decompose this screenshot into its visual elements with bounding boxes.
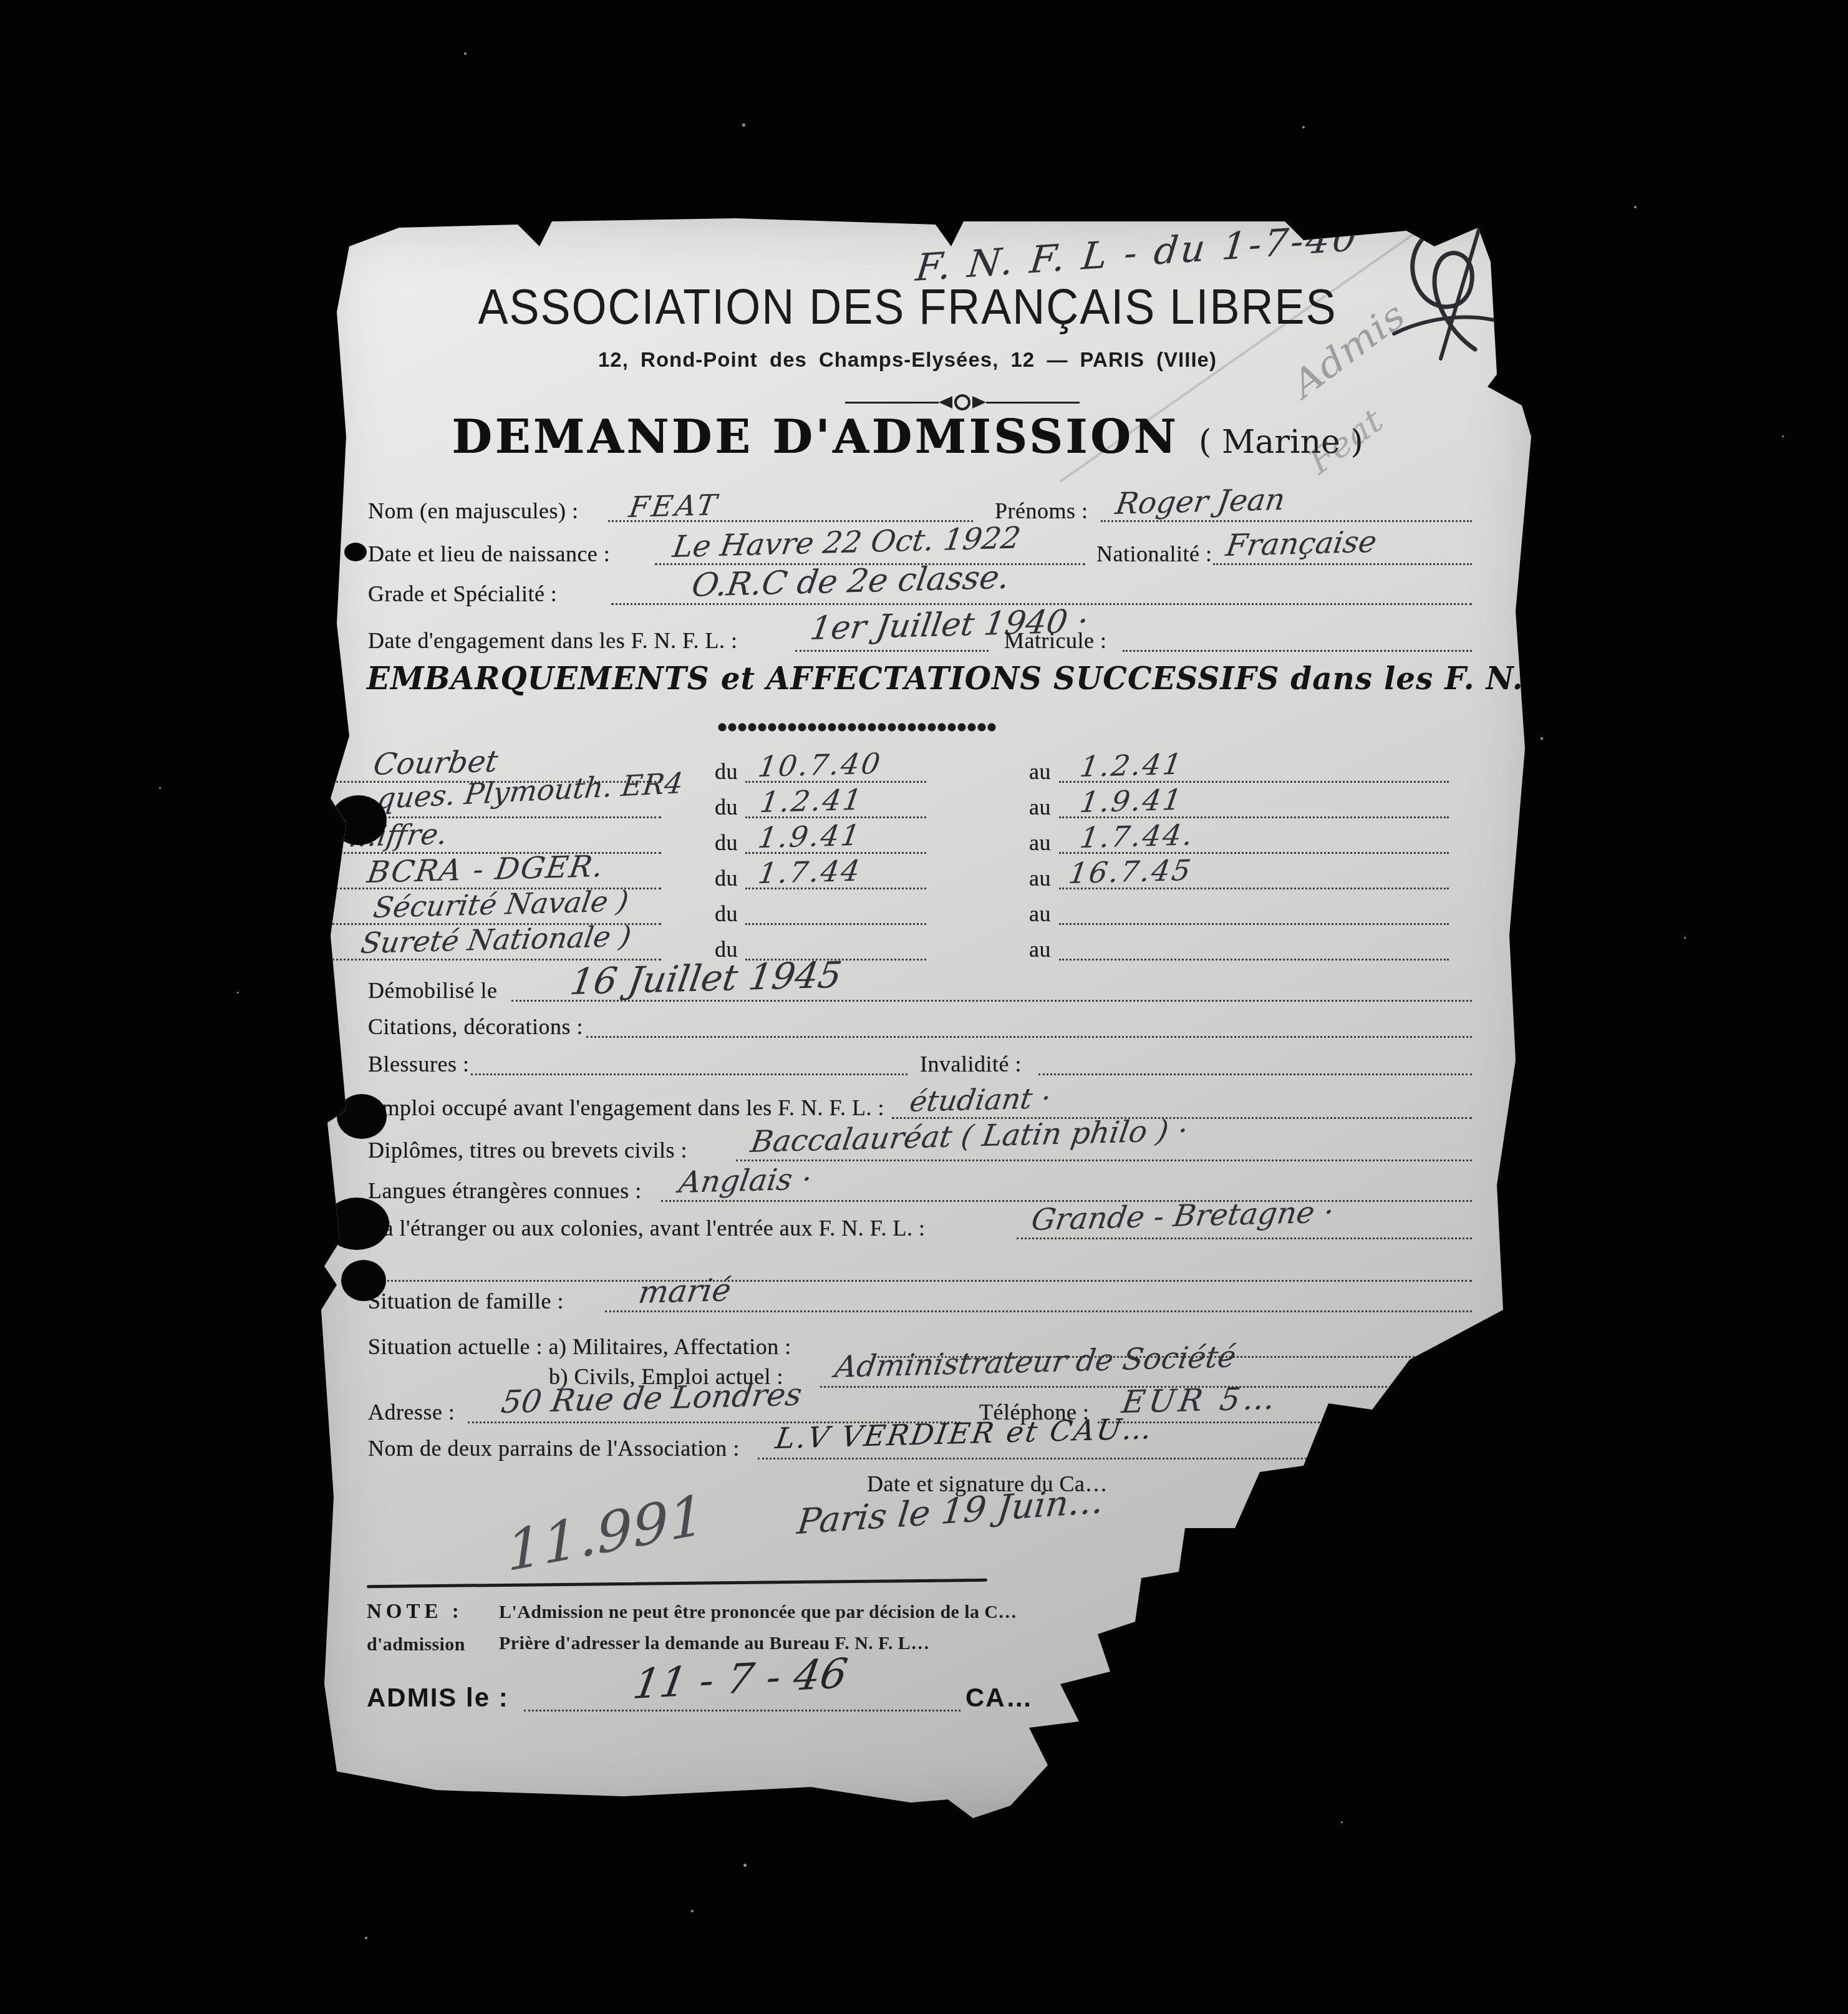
- punch-hole: [344, 543, 367, 561]
- sejour-value: Grande - Bretagne ·: [1029, 1194, 1336, 1237]
- dust-speck: [1634, 206, 1637, 208]
- embark-unit: Sureté Nationale ): [359, 919, 634, 960]
- embark-unit: Sécurité Navale ): [371, 884, 631, 924]
- naissance-value: Le Havre 22 Oct. 1922: [670, 521, 1023, 564]
- embark-to-line: [1059, 923, 1449, 925]
- embark-to-line: [1059, 959, 1449, 961]
- dust-speck: [1684, 937, 1686, 939]
- note-sub-label: d'admission: [367, 1634, 465, 1655]
- du-label: du: [715, 830, 738, 856]
- embarkations-heading: EMBARQUEMENTS et AFFECTATIONS SUCCESSIFS…: [367, 660, 1449, 697]
- embark-from-line: [745, 923, 926, 925]
- registration-number: 11.991: [505, 1483, 706, 1584]
- au-label: au: [1029, 794, 1051, 820]
- citations-line: [586, 1036, 1472, 1038]
- adresse-value: 50 Rue de Londres: [499, 1376, 805, 1420]
- punch-hole: [324, 1198, 389, 1250]
- dust-speck: [1302, 126, 1305, 128]
- langues-value: Anglais ·: [677, 1162, 814, 1200]
- emploi-label: Emploi occupé avant l'engagement dans le…: [368, 1095, 884, 1121]
- admis-label: ADMIS le :: [367, 1683, 509, 1713]
- dust-speck: [1341, 1821, 1343, 1823]
- langues-label: Langues étrangères connues :: [368, 1178, 642, 1204]
- dust-speck: [743, 1864, 747, 1867]
- form-title: DEMANDE D'ADMISSION: [452, 410, 1179, 464]
- admis-value: 11 - 7 - 46: [630, 1649, 851, 1708]
- note-label: NOTE :: [367, 1600, 463, 1624]
- embark-to: 16.7.45: [1067, 853, 1195, 890]
- dust-speck: [691, 1910, 694, 1912]
- citations-label: Citations, décorations :: [368, 1014, 583, 1040]
- embark-unit: BCRA - DGER.: [365, 849, 607, 890]
- punch-hole: [341, 1260, 386, 1301]
- nom-value: FEAT: [627, 488, 722, 524]
- embark-from: 1.9.41: [756, 818, 864, 854]
- sejour-line: [1017, 1237, 1472, 1239]
- embark-from: 1.2.41: [758, 783, 866, 819]
- emploi-value: étudiant ·: [907, 1081, 1053, 1118]
- grade-label: Grade et Spécialité :: [368, 581, 557, 607]
- parrains-line: [758, 1458, 1400, 1460]
- scanned-form-page: F. N. F. L - du 1-7-40 ASSOCIATION DES F…: [312, 212, 1544, 1821]
- du-label: du: [715, 901, 738, 927]
- association-title: ASSOCIATION DES FRANÇAIS LIBRES: [409, 279, 1406, 336]
- actuelle-label: Situation actuelle : a) Militaires, Affe…: [368, 1334, 791, 1360]
- dust-speck: [237, 992, 239, 994]
- form-title-block: DEMANDE D'ADMISSION ( Marine ): [409, 410, 1406, 464]
- note-line2: Prière d'adresser la demande au Bureau F…: [499, 1633, 930, 1654]
- prenoms-value: Roger Jean: [1113, 482, 1287, 521]
- sejour-label: Séjour à l'étranger ou aux colonies, ava…: [317, 1215, 925, 1241]
- matricule-label: Matricule :: [1004, 627, 1106, 654]
- note-line1: L'Admission ne peut être prononcée que p…: [499, 1602, 1017, 1623]
- famille-label: Situation de famille :: [368, 1288, 564, 1314]
- du-label: du: [715, 758, 738, 785]
- diplomes-label: Diplômes, titres ou brevets civils :: [368, 1137, 687, 1163]
- nationalite-value: Française: [1224, 525, 1379, 563]
- embark-to: 1.9.41: [1078, 783, 1186, 819]
- du-label: du: [715, 794, 738, 820]
- demobilise-value: 16 Juillet 1945: [568, 954, 844, 1003]
- prenoms-label: Prénoms :: [995, 498, 1088, 524]
- nom-label: Nom (en majuscules) :: [368, 498, 578, 524]
- invalidite-label: Invalidité :: [920, 1051, 1022, 1077]
- divider-ornament: [845, 394, 1080, 410]
- au-label: au: [1029, 936, 1051, 962]
- nationalite-label: Nationalité :: [1096, 541, 1212, 567]
- dust-speck: [1782, 435, 1784, 437]
- du-label: du: [715, 865, 738, 891]
- famille-line: [605, 1310, 1472, 1312]
- au-label: au: [1029, 758, 1051, 785]
- demobilise-label: Démobilisé le: [368, 977, 497, 1004]
- civils-value: Administrateur de Société: [833, 1339, 1238, 1385]
- embark-to: 1.2.41: [1078, 747, 1186, 783]
- dust-speck: [365, 1937, 367, 1939]
- au-label: au: [1029, 865, 1051, 891]
- invalidite-line: [1038, 1073, 1472, 1075]
- dust-speck: [159, 787, 161, 789]
- association-address: 12, Rond-Point des Champs-Elysées, 12 — …: [409, 348, 1406, 372]
- punch-hole: [337, 1094, 387, 1139]
- au-label: au: [1029, 901, 1051, 927]
- embark-to: 1.7.44.: [1078, 818, 1197, 854]
- engagement-label: Date d'engagement dans les F. N. F. L. :: [368, 627, 738, 654]
- dotted-ornament: [717, 722, 997, 732]
- engagement-line: [795, 650, 989, 652]
- parrains-value: L.V VERDIER et CAU…: [773, 1411, 1156, 1455]
- blessures-label: Blessures :: [368, 1051, 470, 1077]
- adresse-label: Adresse :: [368, 1399, 455, 1425]
- parrains-label: Nom de deux parrains de l'Association :: [368, 1435, 740, 1461]
- grade-value: O.R.C de 2e classe.: [689, 559, 1012, 604]
- punch-hole: [331, 795, 387, 845]
- prenoms-line: [1101, 520, 1472, 522]
- au-label: au: [1029, 830, 1051, 856]
- famille-value: marié: [636, 1272, 733, 1310]
- nationalite-line: [1213, 563, 1472, 565]
- matricule-line: [1123, 650, 1472, 652]
- admis-suffix: CA…: [965, 1683, 1033, 1713]
- footer-rule: [367, 1579, 987, 1588]
- admis-line: [524, 1710, 960, 1711]
- embark-from: 10.7.40: [756, 747, 884, 783]
- dust-speck: [742, 123, 745, 127]
- dust-speck: [1541, 737, 1543, 740]
- embark-from: 1.7.44: [756, 854, 864, 890]
- sejour-line-2: [368, 1280, 1472, 1282]
- diplomes-line: [736, 1160, 1472, 1161]
- dust-speck: [464, 52, 467, 55]
- blessures-line: [471, 1073, 907, 1075]
- naissance-label: Date et lieu de naissance :: [368, 541, 610, 567]
